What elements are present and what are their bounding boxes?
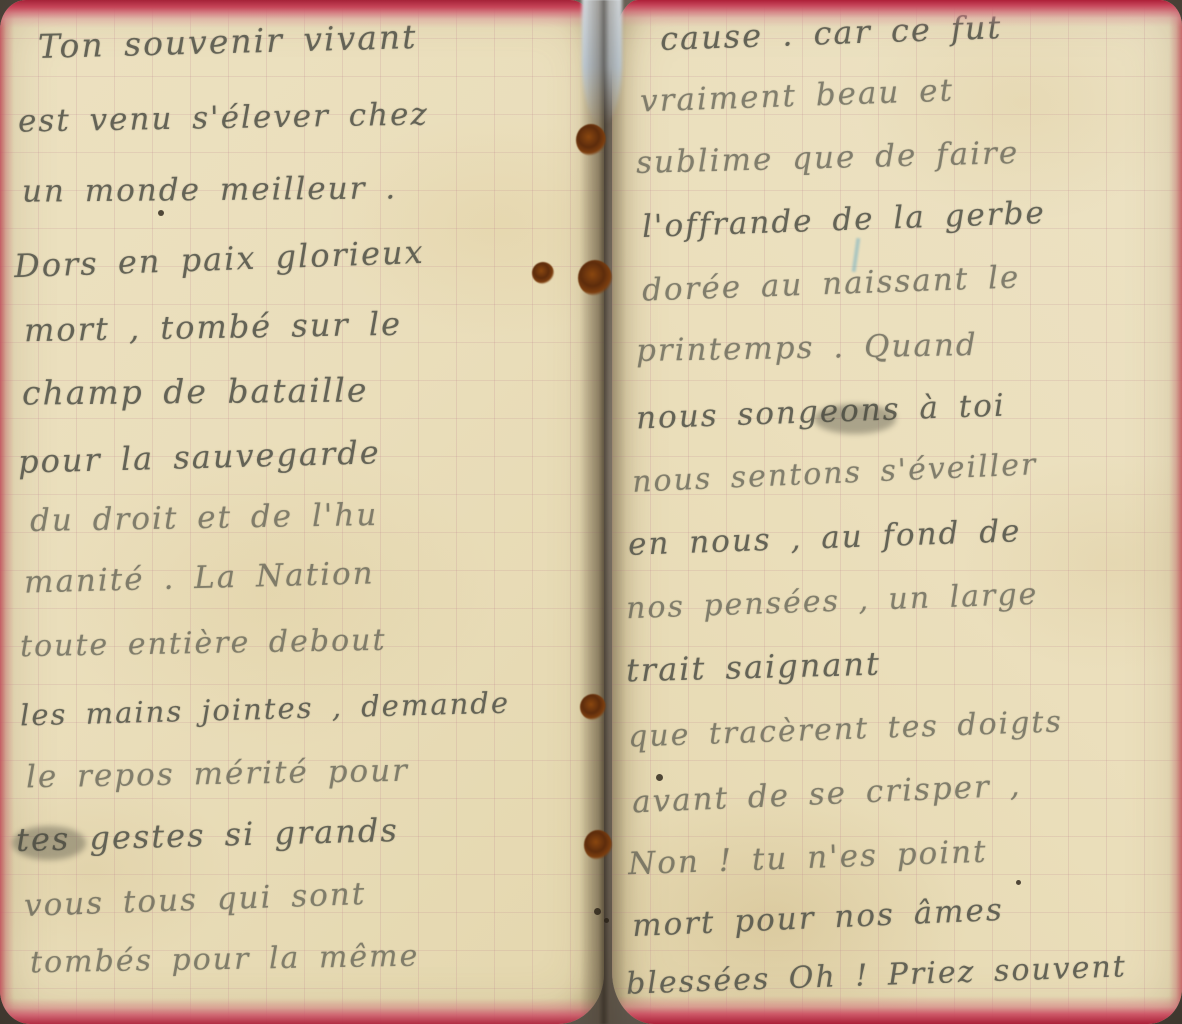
handwritten-line: nous sentons s'éveiller [631,447,1038,500]
binding-hole [604,918,609,923]
ink-speck [1016,880,1021,885]
handwritten-line: vraiment beau et [639,73,954,120]
handwritten-line: tombés pour la même [30,939,420,981]
handwritten-line: les mains jointes , demande [20,686,511,733]
handwritten-line: Ton souvenir vivant [38,17,418,66]
handwritten-line: champ de bataille [22,370,369,412]
notebook-scan: { "document": { "pages": { "left": { "li… [0,0,1182,1024]
right-page: cause . car ce fut vraiment beau et subl… [612,0,1182,1024]
handwritten-line: un monde meilleur . [22,170,397,209]
handwritten-line: sublime que de faire [636,135,1020,181]
rust-staple-stain [584,830,612,860]
handwritten-line: trait saignant [626,645,882,690]
handwritten-line: printemps . Quand [636,327,978,369]
pencil-smudge [814,404,896,434]
rust-staple-stain [578,260,612,296]
handwritten-line: pour la sauvegarde [18,433,382,480]
handwritten-line: cause . car ce fut [659,8,1002,58]
rust-staple-stain [580,694,606,720]
left-page: Ton souvenir vivant est venu s'élever ch… [0,0,604,1024]
handwritten-line: mort pour nos âmes [631,892,1004,944]
handwritten-line: Non ! tu n'es point [627,834,988,883]
handwritten-line: manité . La Nation [24,555,375,600]
handwritten-line: dorée au naissant le [641,259,1020,308]
handwritten-line: blessées Oh ! Priez souvent [626,949,1128,1001]
rust-staple-stain [576,124,606,156]
binding-hole [594,908,601,915]
ink-speck [656,774,663,781]
handwritten-line: vous tous qui sont [23,876,366,924]
handwritten-line: est venu s'élever chez [18,96,429,139]
handwritten-line: l'offrande de la gerbe [641,195,1046,245]
handwritten-line: que tracèrent tes doigts [628,704,1064,754]
handwritten-line: Dors en paix glorieux [13,233,425,285]
handwritten-line: avant de se crisper , [631,768,1022,821]
handwritten-line: du droit et de l'hu [30,497,379,539]
handwritten-line: le repos mérité pour [26,753,410,796]
handwritten-line: mort , tombé sur le [24,305,403,350]
rust-stain [532,262,554,284]
handwritten-line: en nous , au fond de [627,513,1022,563]
handwritten-line: toute entière debout [20,623,387,664]
pencil-smudge [12,826,86,860]
ink-speck [158,210,164,216]
handwritten-line: nos pensées , un large [626,577,1039,626]
